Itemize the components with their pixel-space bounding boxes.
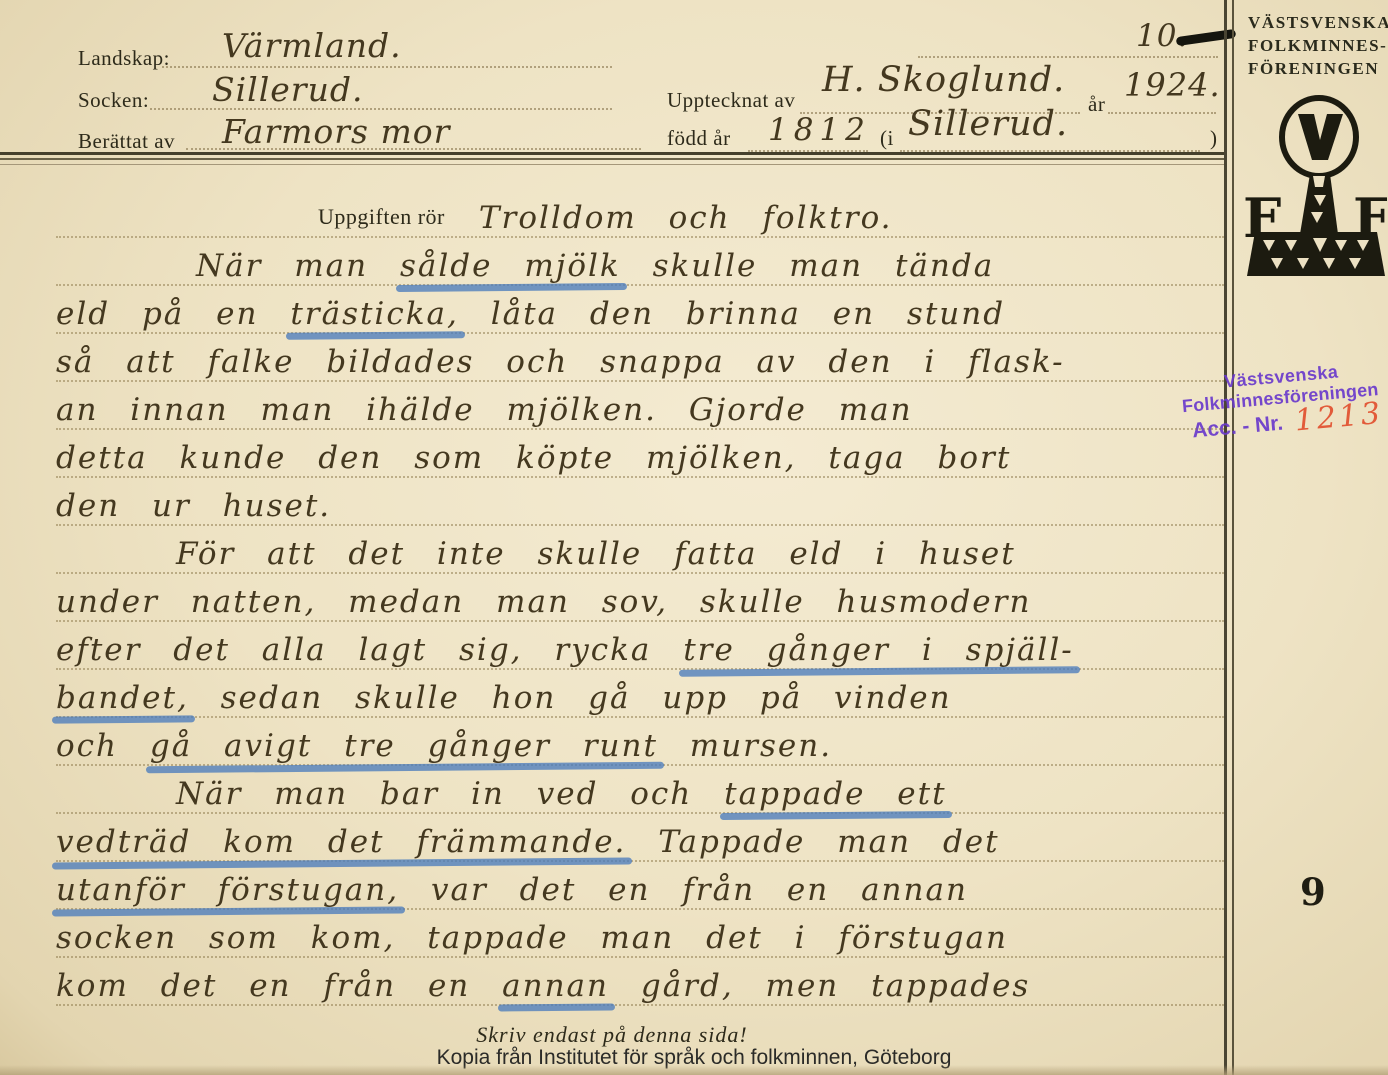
margin-rule-left xyxy=(1224,0,1227,1075)
underlined-phrase: utanför förstugan, xyxy=(56,875,399,906)
handwritten-text: an innan man ihälde mjölken. Gjorde man xyxy=(56,395,913,426)
manuscript-line: och gå avigt tre gånger runt mursen. xyxy=(56,718,1224,766)
field-label-landskap: Landskap: xyxy=(78,46,170,71)
page-number: 9 xyxy=(1300,870,1326,914)
handwritten-text: När man bar in ved och xyxy=(176,779,724,810)
title-handwritten-value: Trolldom och folktro. xyxy=(479,203,893,234)
field-label-ar: år xyxy=(1088,92,1105,117)
manuscript-line: bandet, sedan skulle hon gå upp på vinde… xyxy=(56,670,1224,718)
handwritten-text: mursen. xyxy=(658,731,832,762)
handwritten-text: Tappade man det xyxy=(626,827,999,858)
manuscript-line: utanför förstugan, var det en från en an… xyxy=(56,862,1224,910)
manuscript-line: För att det inte skulle fatta eld i huse… xyxy=(56,526,1224,574)
handwritten-text: den ur huset. xyxy=(56,491,331,522)
organization-name: VÄSTSVENSKA FOLKMINNES- FÖRENINGEN xyxy=(1248,12,1384,81)
dotted-rule xyxy=(186,148,641,150)
underlined-phrase: annan xyxy=(502,971,609,1002)
manuscript-title-line: Uppgiften rör Trolldom och folktro. xyxy=(56,190,1224,238)
manuscript-line: vedträd kom det främmande. Tappade man d… xyxy=(56,814,1224,862)
handwritten-text: gård, men tappades xyxy=(609,971,1030,1002)
field-value-upptecknat: H. Skoglund. xyxy=(822,60,1065,100)
title-printed-label: Uppgiften rör xyxy=(318,204,445,230)
handwritten-text: och xyxy=(56,731,150,762)
manuscript-line: När man sålde mjölk skulle man tända xyxy=(56,238,1224,286)
stamp-acc-number: 1213 xyxy=(1294,400,1384,435)
field-value-ar: 1924. xyxy=(1124,66,1221,104)
field-label-upptecknat: Upptecknat av xyxy=(667,88,795,113)
handwritten-text: eld på en xyxy=(56,299,290,330)
manuscript-line: eld på en trästicka, låta den brinna en … xyxy=(56,286,1224,334)
header-rule-light xyxy=(0,158,1226,160)
handwritten-text: var det en från en annan xyxy=(399,875,968,906)
thors-hammer-vff-logo: F F xyxy=(1243,92,1387,312)
handwritten-text: socken som kom, tappade man det i förstu… xyxy=(56,923,1008,954)
manuscript-line: så att falke bildades och snappa av den … xyxy=(56,334,1224,382)
handwritten-text: efter det alla lagt sig, rycka xyxy=(56,635,683,666)
handwritten-text: låta den brinna en stund xyxy=(459,299,1005,330)
handwritten-text: För att det inte skulle fatta eld i huse… xyxy=(176,539,1016,570)
underlined-phrase: sålde mjölk xyxy=(400,251,621,282)
underlined-phrase: vedträd kom det främmande. xyxy=(56,827,626,858)
field-value-fodd: 1812 xyxy=(768,112,871,148)
handwritten-text: så att falke bildades och snappa av den … xyxy=(56,347,1065,378)
handwritten-text: kom det en från en xyxy=(56,971,502,1002)
manuscript-line: under natten, medan man sov, skulle husm… xyxy=(56,574,1224,622)
dotted-rule xyxy=(150,108,612,110)
field-label-berattat: Berättat av xyxy=(78,129,175,154)
header-rule-faint xyxy=(0,164,1226,165)
paren-close: ) xyxy=(1210,126,1218,151)
underlined-phrase: bandet, xyxy=(56,683,189,714)
manuscript-line: den ur huset. xyxy=(56,478,1224,526)
handwritten-text: detta kunde den som köpte mjölken, taga … xyxy=(56,443,1011,474)
field-label-socken: Socken: xyxy=(78,88,149,113)
dotted-rule xyxy=(1108,112,1216,114)
scanned-document-page: Landskap: Socken: Berättat av Värmland. … xyxy=(0,0,1388,1075)
underlined-phrase: tre gånger i spjäll- xyxy=(683,635,1074,666)
handwritten-text: skulle man tända xyxy=(621,251,994,282)
org-name-line: VÄSTSVENSKA xyxy=(1248,12,1384,35)
underlined-phrase: gå avigt tre gånger runt xyxy=(150,731,658,762)
handwritten-text: När man xyxy=(196,251,400,282)
svg-text:F: F xyxy=(1243,186,1281,250)
manuscript-line: När man bar in ved och tappade ett xyxy=(56,766,1224,814)
manuscript-body: Uppgiften rör Trolldom och folktro. När … xyxy=(56,190,1224,1006)
handwritten-text: sedan skulle hon gå upp på vinden xyxy=(189,683,952,714)
field-value-birthplace: Sillerud. xyxy=(908,104,1068,144)
paren-open: (i xyxy=(880,126,894,151)
footer-instruction: Skriv endast på denna sida! xyxy=(0,1022,1224,1048)
field-value-berattat: Farmors mor xyxy=(222,112,450,151)
header-rule-heavy xyxy=(0,152,1226,155)
manuscript-line: efter det alla lagt sig, rycka tre gånge… xyxy=(56,622,1224,670)
svg-text:F: F xyxy=(1353,186,1387,250)
manuscript-line: detta kunde den som köpte mjölken, taga … xyxy=(56,430,1224,478)
dotted-rule xyxy=(162,66,612,68)
org-name-line: FOLKMINNES- xyxy=(1248,35,1384,58)
manuscript-line: an innan man ihälde mjölken. Gjorde man xyxy=(56,382,1224,430)
handwritten-text: under natten, medan man sov, skulle husm… xyxy=(56,587,1031,618)
manuscript-lines: När man sålde mjölk skulle man tändaeld … xyxy=(56,238,1224,1006)
org-name-line: FÖRENINGEN xyxy=(1248,58,1384,81)
underlined-phrase: trästicka, xyxy=(290,299,459,330)
field-value-landskap: Värmland. xyxy=(222,26,402,65)
field-label-fodd: född år xyxy=(667,126,731,151)
archive-copy-caption: Kopia från Institutet för språk och folk… xyxy=(0,1046,1388,1070)
underlined-phrase: tappade ett xyxy=(724,779,946,810)
dotted-rule xyxy=(918,56,1218,58)
manuscript-line: socken som kom, tappade man det i förstu… xyxy=(56,910,1224,958)
margin-rule-right xyxy=(1232,0,1234,1075)
field-value-socken: Sillerud. xyxy=(212,70,363,109)
manuscript-line: kom det en från en annan gård, men tappa… xyxy=(56,958,1224,1006)
